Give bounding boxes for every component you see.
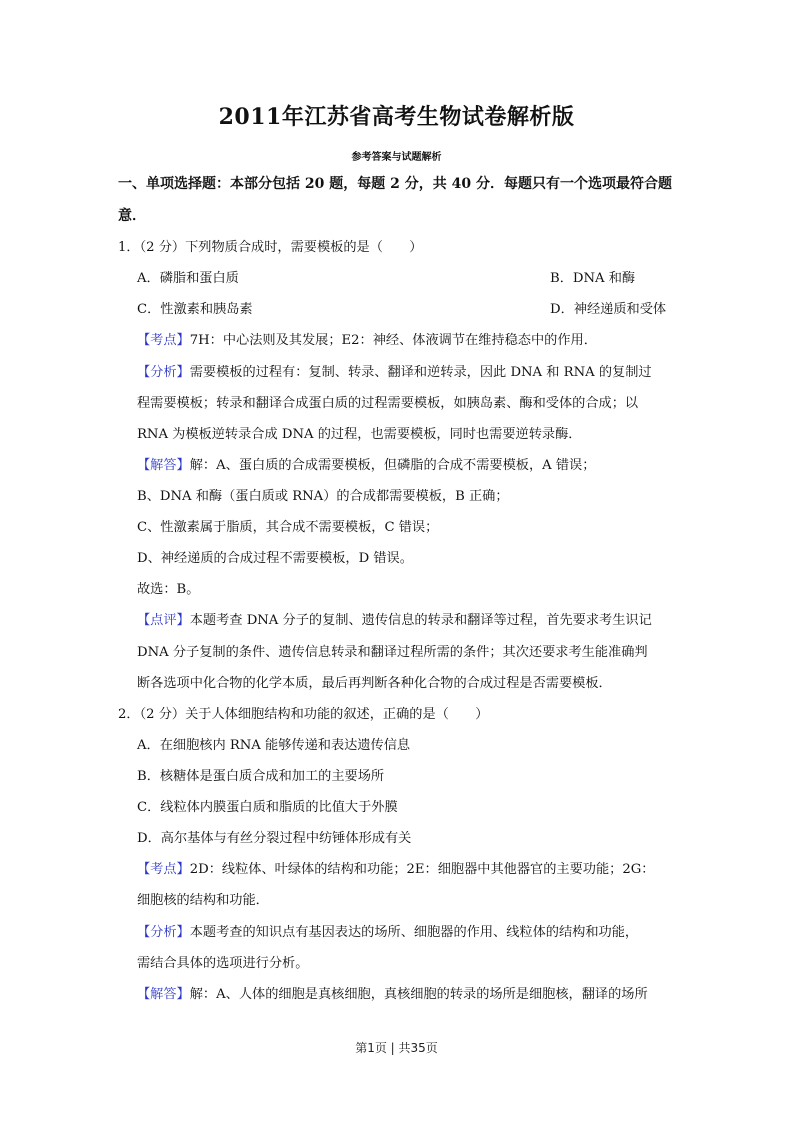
q1-dianping-2: DNA 分子复制的条件、遗传信息转录和翻译过程所需的条件；其次还要求考生能准确判: [137, 644, 697, 662]
document-subtitle: 参考答案与试题解析: [0, 148, 793, 163]
q1-option-c: C．性激素和胰岛素: [137, 302, 253, 317]
fenxi-tag: 【分析】: [137, 925, 190, 940]
q1-fenxi: 【分析】需要模板的过程有：复制、转录、翻译和逆转录，因此 DNA 和 RNA 的…: [137, 364, 697, 382]
q1-jieda-3: C、性激素属于脂质，其合成不需要模板，C 错误；: [137, 519, 697, 537]
q2-fenxi: 【分析】本题考查的知识点有基因表达的场所、细胞器的作用、线粒体的结构和功能，: [137, 924, 697, 942]
q1-option-d: D．神经递质和受体: [550, 301, 666, 319]
q1-option-b: B．DNA 和酶: [550, 270, 635, 288]
q1-answer: 故选：B。: [137, 581, 697, 599]
fenxi-text: 需要模板的过程有：复制、转录、翻译和逆转录，因此 DNA 和 RNA 的复制过: [190, 365, 652, 380]
fenxi-tag: 【分析】: [137, 365, 190, 380]
q1-fenxi-2: 程需要模板；转录和翻译合成蛋白质的过程需要模板，如胰岛素、酶和受体的合成；以: [137, 395, 697, 413]
q1-dianping-3: 断各选项中化合物的化学本质，最后再判断各种化合物的合成过程是否需要模板．: [137, 675, 697, 693]
jieda-tag: 【解答】: [137, 458, 190, 473]
q1-dianping: 【点评】本题考查 DNA 分子的复制、遗传信息的转录和翻译等过程，首先要求考生识…: [137, 612, 697, 630]
q2-kaodian-2: 细胞核的结构和功能．: [137, 892, 697, 910]
section-heading: 一、单项选择题：本部分包括 20 题，每题 2 分，共 40 分．每题只有一个选…: [118, 175, 678, 193]
jieda-text: 解：A、蛋白质的合成需要模板，但磷脂的合成不需要模板，A 错误；: [190, 458, 596, 473]
q1-jieda-2: B、DNA 和酶（蛋白质或 RNA）的合成都需要模板，B 正确；: [137, 488, 697, 506]
kaodian-text: 7H：中心法则及其发展；E2：神经、体液调节在维持稳态中的作用．: [190, 333, 597, 348]
kaodian-text: 2D：线粒体、叶绿体的结构和功能；2E：细胞器中其他器官的主要功能；2G：: [190, 862, 655, 877]
dianping-tag: 【点评】: [137, 613, 190, 628]
q2-option-b: B．核糖体是蛋白质合成和加工的主要场所: [137, 768, 697, 786]
q2-jieda: 【解答】解：A、人体的细胞是真核细胞，真核细胞的转录的场所是细胞核，翻译的场所: [137, 986, 697, 1004]
q1-options-row2: C．性激素和胰岛素 D．神经递质和受体: [137, 301, 697, 319]
document-page: 2011年江苏省高考生物试卷解析版 参考答案与试题解析 一、单项选择题：本部分包…: [0, 0, 793, 1122]
question-1-stem: 1．（2 分）下列物质合成时，需要模板的是（ ）: [118, 239, 678, 257]
kaodian-tag: 【考点】: [137, 862, 190, 877]
q1-fenxi-3: RNA 为模板逆转录合成 DNA 的过程，也需要模板，同时也需要逆转录酶．: [137, 426, 697, 444]
q1-jieda-4: D、神经递质的合成过程不需要模板，D 错误。: [137, 550, 697, 568]
q1-kaodian: 【考点】7H：中心法则及其发展；E2：神经、体液调节在维持稳态中的作用．: [137, 332, 697, 350]
jieda-tag: 【解答】: [137, 987, 190, 1002]
document-title: 2011年江苏省高考生物试卷解析版: [0, 100, 793, 131]
section-heading-cont: 意．: [118, 207, 678, 225]
q1-option-a: A．磷脂和蛋白质: [137, 271, 239, 286]
kaodian-tag: 【考点】: [137, 333, 190, 348]
q1-jieda: 【解答】解：A、蛋白质的合成需要模板，但磷脂的合成不需要模板，A 错误；: [137, 457, 697, 475]
dianping-text: 本题考查 DNA 分子的复制、遗传信息的转录和翻译等过程，首先要求考生识记: [190, 613, 652, 628]
question-2-stem: 2．（2 分）关于人体细胞结构和功能的叙述，正确的是（ ）: [118, 706, 678, 724]
jieda-text: 解：A、人体的细胞是真核细胞，真核细胞的转录的场所是细胞核，翻译的场所: [190, 987, 648, 1002]
page-footer: 第1页 | 共35页: [0, 1039, 793, 1056]
q2-kaodian: 【考点】2D：线粒体、叶绿体的结构和功能；2E：细胞器中其他器官的主要功能；2G…: [137, 861, 697, 879]
q2-option-c: C．线粒体内膜蛋白质和脂质的比值大于外膜: [137, 799, 697, 817]
q2-option-d: D．高尔基体与有丝分裂过程中纺锤体形成有关: [137, 830, 697, 848]
fenxi-text: 本题考查的知识点有基因表达的场所、细胞器的作用、线粒体的结构和功能，: [190, 925, 638, 940]
q1-options-row1: A．磷脂和蛋白质 B．DNA 和酶: [137, 270, 697, 288]
q2-fenxi-2: 需结合具体的选项进行分析。: [137, 955, 697, 973]
q2-option-a: A．在细胞核内 RNA 能够传递和表达遗传信息: [137, 737, 697, 755]
